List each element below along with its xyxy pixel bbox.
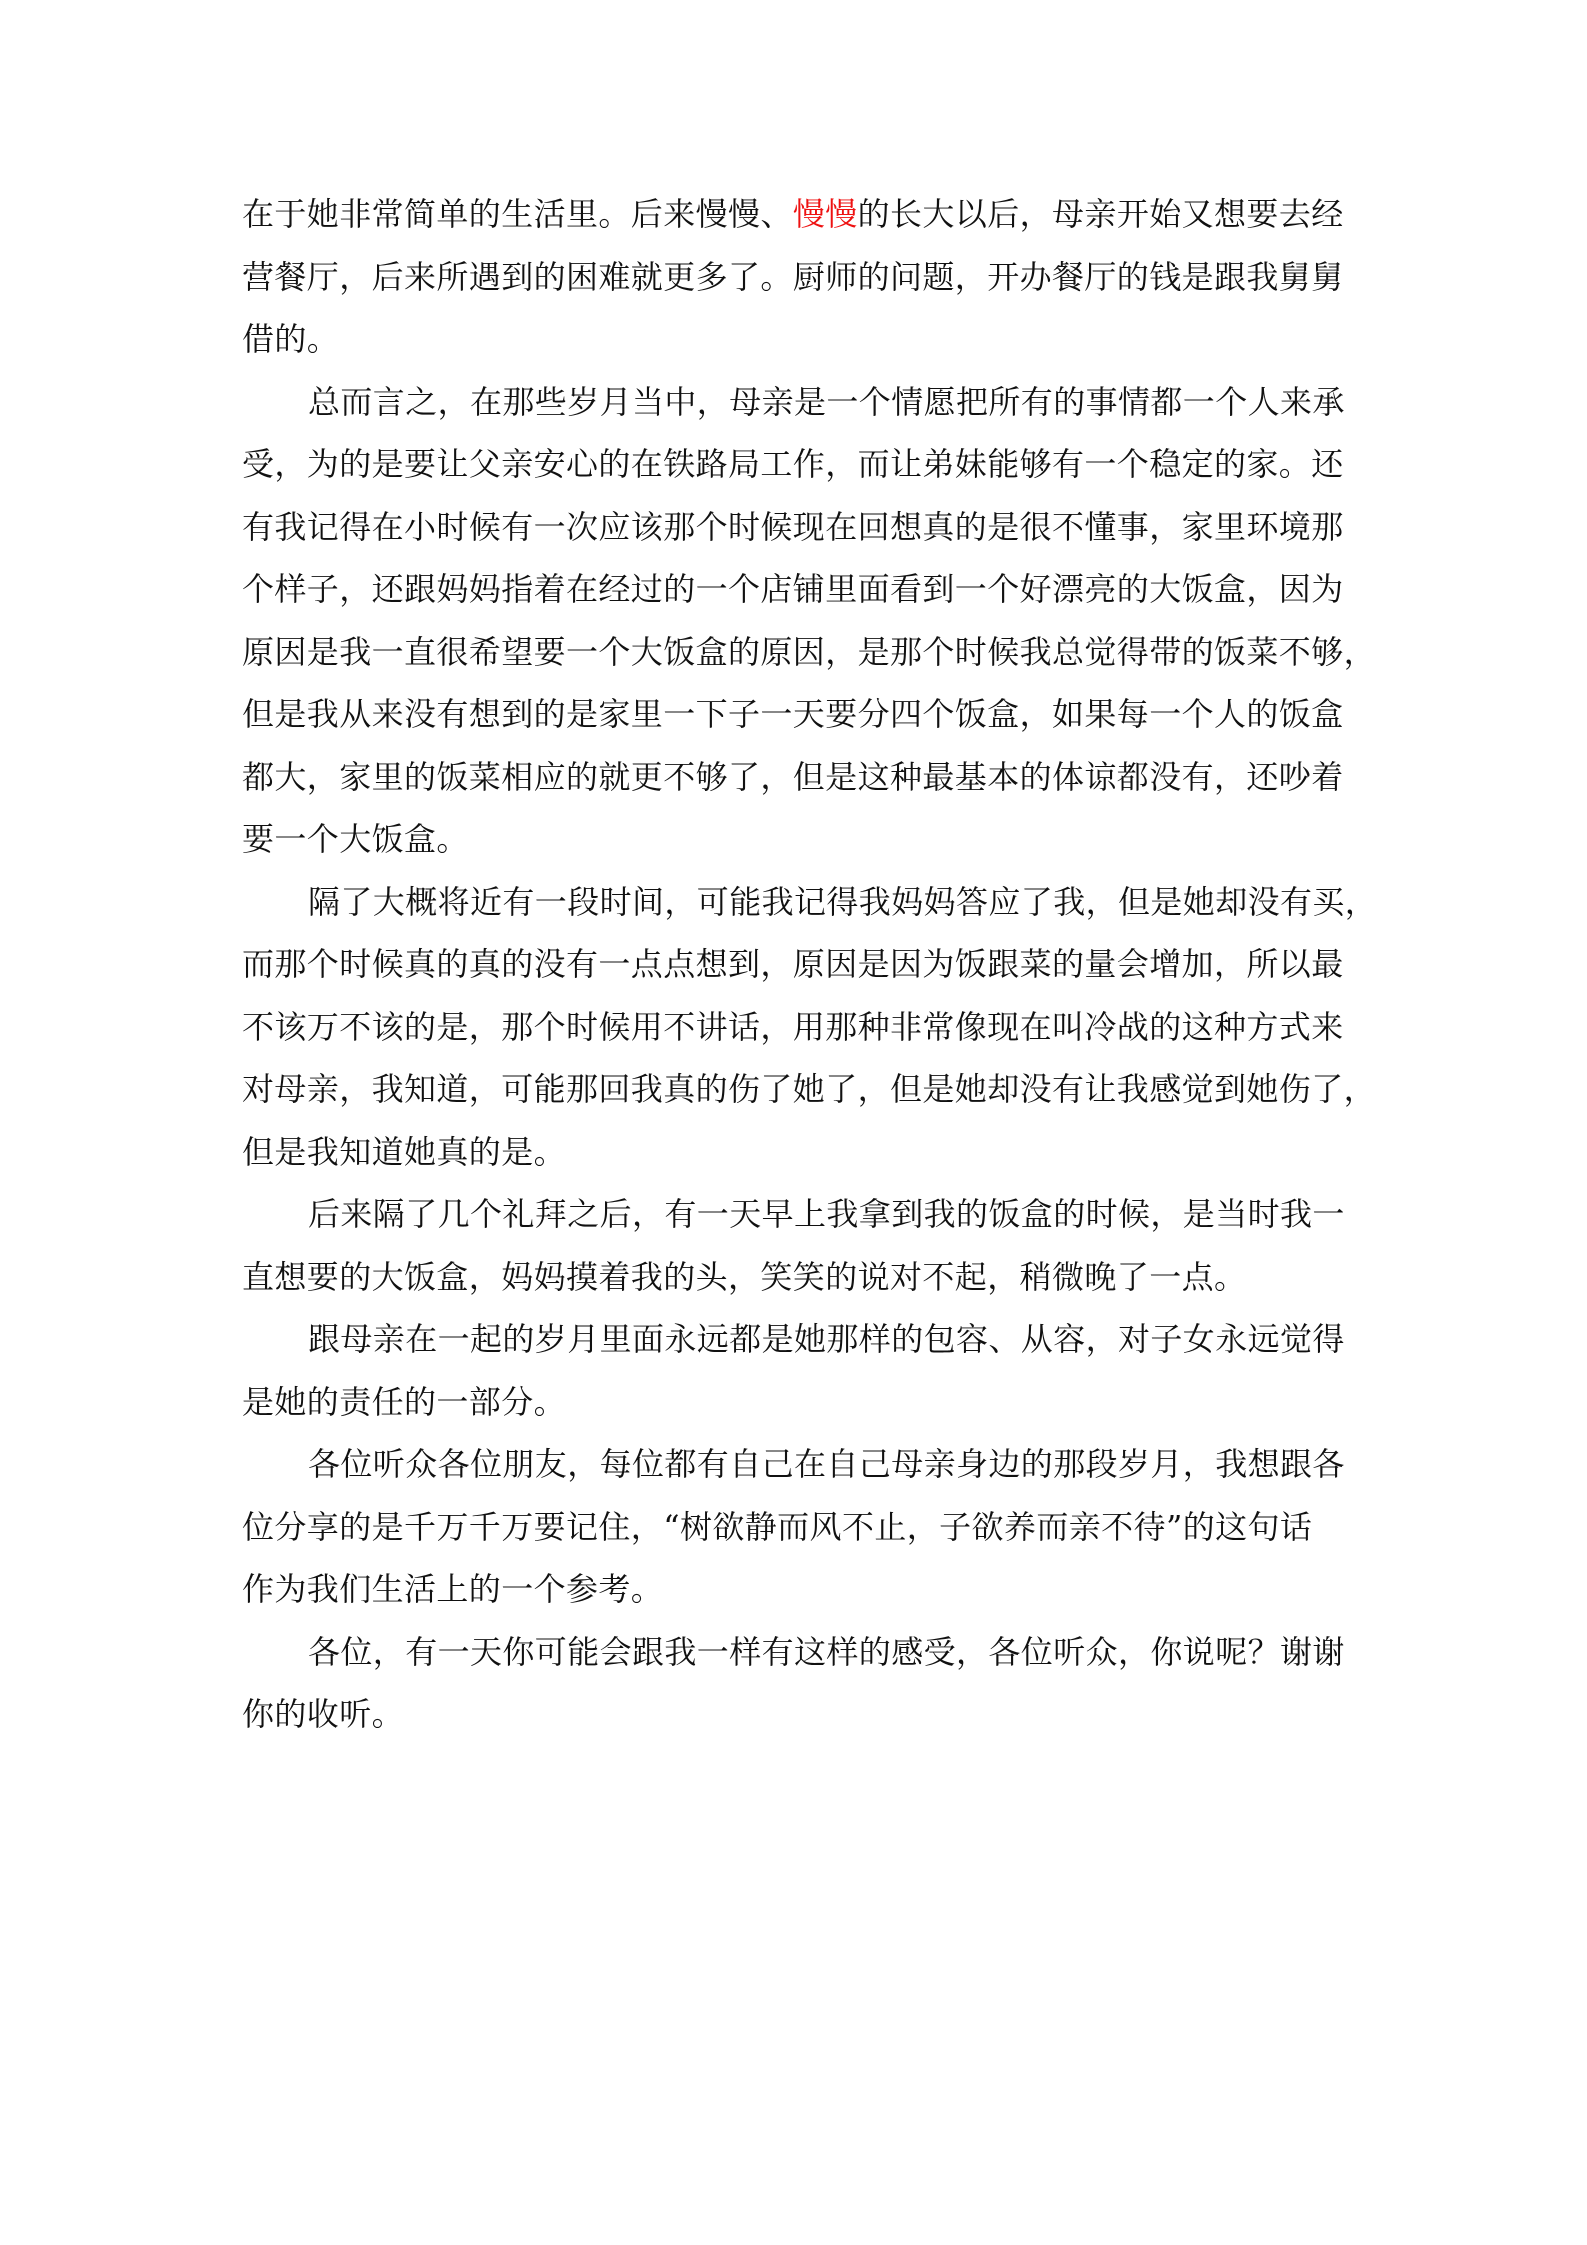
highlighted-text: 慢慢 — [793, 195, 858, 233]
paragraph: 各位，有一天你可能会跟我一样有这样的感受，各位听众，你说呢？谢谢 你的收听。 — [242, 1630, 1332, 1755]
text-line: 各位，有一天你可能会跟我一样有这样的感受，各位听众，你说呢？谢谢 — [242, 1630, 1332, 1693]
text-line: 要一个大饭盒。 — [242, 817, 1332, 880]
text-line: 而那个时候真的真的没有一点点想到，原因是因为饭跟菜的量会增加，所以最 — [242, 942, 1332, 1005]
text-segment: 在于她非常简单的生活里。后来慢慢、 — [242, 195, 793, 233]
text-line: 后来隔了几个礼拜之后，有一天早上我拿到我的饭盒的时候，是当时我一 — [242, 1192, 1332, 1255]
text-line: 借的。 — [242, 317, 1332, 380]
text-line: 原因是我一直很希望要一个大饭盒的原因，是那个时候我总觉得带的饭菜不够， — [242, 630, 1332, 693]
text-line: 有我记得在小时候有一次应该那个时候现在回想真的是很不懂事，家里环境那 — [242, 505, 1332, 568]
text-line: 对母亲，我知道，可能那回我真的伤了她了，但是她却没有让我感觉到她伤了， — [242, 1067, 1332, 1130]
text-line: 隔了大概将近有一段时间，可能我记得我妈妈答应了我，但是她却没有买， — [242, 880, 1332, 943]
text-line: 受，为的是要让父亲安心的在铁路局工作，而让弟妹能够有一个稳定的家。还 — [242, 442, 1332, 505]
text-line: 跟母亲在一起的岁月里面永远都是她那样的包容、从容，对子女永远觉得 — [242, 1317, 1332, 1380]
text-line: 作为我们生活上的一个参考。 — [242, 1567, 1332, 1630]
paragraph: 隔了大概将近有一段时间，可能我记得我妈妈答应了我，但是她却没有买， 而那个时候真… — [242, 880, 1332, 1193]
paragraph: 跟母亲在一起的岁月里面永远都是她那样的包容、从容，对子女永远觉得 是她的责任的一… — [242, 1317, 1332, 1442]
text-line: 不该万不该的是，那个时候用不讲话，用那种非常像现在叫冷战的这种方式来 — [242, 1005, 1332, 1068]
text-line: 但是我从来没有想到的是家里一下子一天要分四个饭盒，如果每一个人的饭盒 — [242, 692, 1332, 755]
paragraph: 在于她非常简单的生活里。后来慢慢、慢慢的长大以后，母亲开始又想要去经 营餐厅，后… — [242, 192, 1332, 380]
paragraph: 各位听众各位朋友，每位都有自己在自己母亲身边的那段岁月，我想跟各 位分享的是千万… — [242, 1442, 1332, 1630]
paragraph: 后来隔了几个礼拜之后，有一天早上我拿到我的饭盒的时候，是当时我一 直想要的大饭盒… — [242, 1192, 1332, 1317]
text-line: 营餐厅，后来所遇到的困难就更多了。厨师的问题，开办餐厅的钱是跟我舅舅 — [242, 255, 1332, 318]
text-line: 个样子，还跟妈妈指着在经过的一个店铺里面看到一个好漂亮的大饭盒，因为 — [242, 567, 1332, 630]
text-line: 你的收听。 — [242, 1692, 1332, 1755]
text-line: 总而言之，在那些岁月当中，母亲是一个情愿把所有的事情都一个人来承 — [242, 380, 1332, 443]
text-line: 都大，家里的饭菜相应的就更不够了，但是这种最基本的体谅都没有，还吵着 — [242, 755, 1332, 818]
text-line: 位分享的是千万千万要记住，“树欲静而风不止，子欲养而亲不待”的这句话 — [242, 1505, 1332, 1568]
document-page: 在于她非常简单的生活里。后来慢慢、慢慢的长大以后，母亲开始又想要去经 营餐厅，后… — [242, 192, 1332, 1755]
text-line: 但是我知道她真的是。 — [242, 1130, 1332, 1193]
text-line: 直想要的大饭盒，妈妈摸着我的头，笑笑的说对不起，稍微晚了一点。 — [242, 1255, 1332, 1318]
text-line: 是她的责任的一部分。 — [242, 1380, 1332, 1443]
paragraph: 总而言之，在那些岁月当中，母亲是一个情愿把所有的事情都一个人来承 受，为的是要让… — [242, 380, 1332, 880]
text-segment: 的长大以后，母亲开始又想要去经 — [858, 195, 1344, 233]
text-line: 在于她非常简单的生活里。后来慢慢、慢慢的长大以后，母亲开始又想要去经 — [242, 192, 1332, 255]
text-line: 各位听众各位朋友，每位都有自己在自己母亲身边的那段岁月，我想跟各 — [242, 1442, 1332, 1505]
